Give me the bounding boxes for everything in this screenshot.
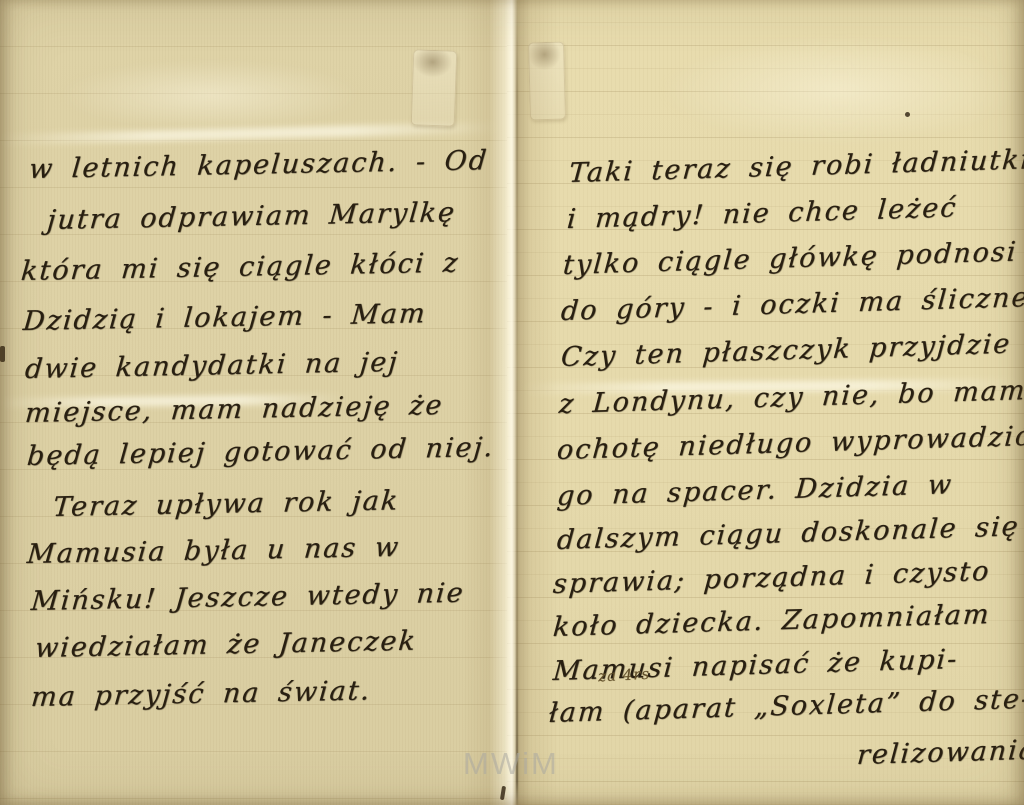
handwritten-line: relizowania- [856, 736, 1024, 769]
paper-damage-mark [411, 49, 458, 126]
watermark: MWiM [463, 746, 559, 782]
ink-speck [905, 112, 910, 117]
ink-speck [0, 346, 5, 362]
handwritten-line: Mamusia była u nas w [26, 534, 401, 568]
handwritten-line: jutra odprawiam Marylkę [46, 199, 457, 234]
handwritten-line: Mińsku! Jeszcze wtedy nie [30, 580, 466, 615]
letter-scan: w letnich kapeluszach. - Od jutra odpraw… [0, 0, 1024, 805]
handwritten-line: która mi się ciągle kłóci z [20, 250, 460, 285]
handwritten-line: Dzidzią i lokajem - Mam [22, 300, 428, 335]
page-fold-crease [516, 0, 518, 805]
page-fold [462, 0, 558, 805]
handwritten-line: ma przyjść na świat. [30, 677, 372, 711]
handwritten-line: miejsce, mam nadzieję że [24, 392, 445, 427]
handwritten-line: dwie kandydatki na jej [24, 349, 400, 383]
handwritten-line: wiedziałam że Janeczek [34, 628, 418, 662]
superscript-note: za 4rs [598, 665, 651, 686]
handwritten-line: Teraz upływa rok jak [52, 487, 400, 521]
